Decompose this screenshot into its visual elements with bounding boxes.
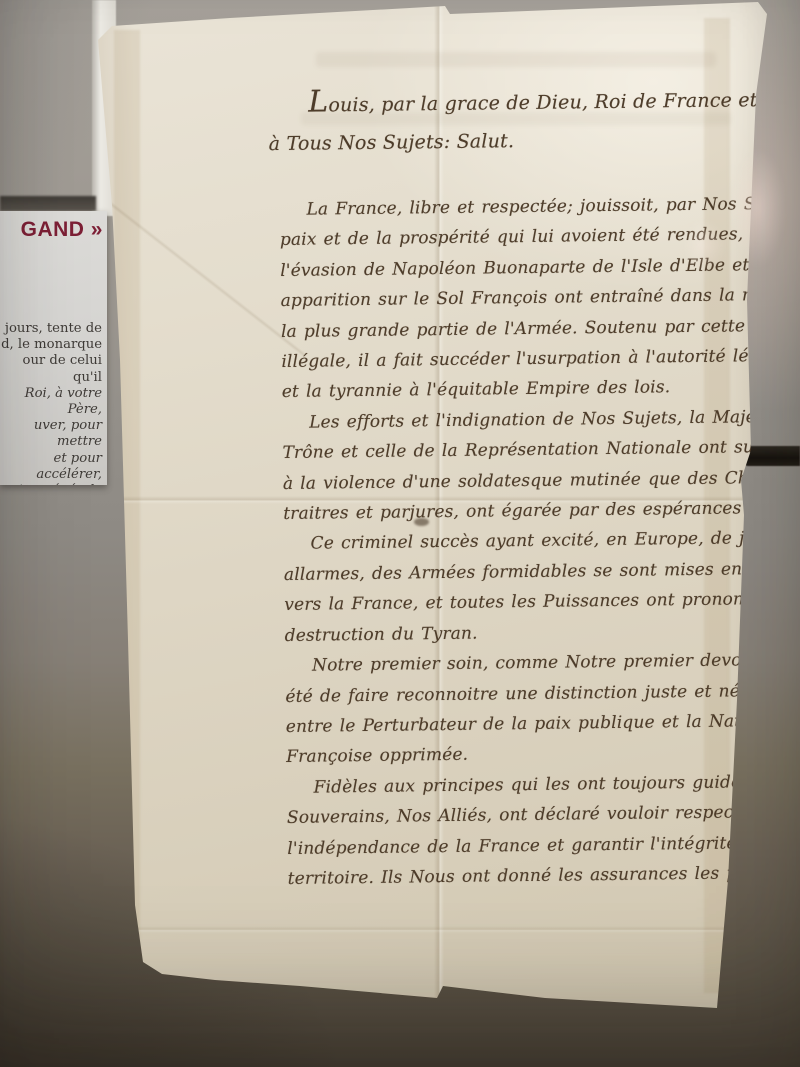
ink-showthrough-band xyxy=(316,52,716,67)
label-text-line: our de celui qu'il xyxy=(0,353,102,385)
fold-crease-horizontal-low xyxy=(86,926,778,933)
label-text-line: jours, tente de xyxy=(0,321,102,337)
manuscript-heading: Louis, par la grace de Dieu, Roi de Fran… xyxy=(278,78,784,163)
glass-reflection xyxy=(722,128,794,288)
manuscript-body: La France, libre et respectée; jouissoit… xyxy=(279,189,793,894)
manuscript-paper: Louis, par la grace de Dieu, Roi de Fran… xyxy=(86,0,778,1022)
manuscript-text: Louis, par la grace de Dieu, Roi de Fran… xyxy=(278,78,793,894)
museum-photo: GAND » jours, tente de d, le monarque ou… xyxy=(0,0,800,1067)
label-text-line: uver, pour mettre xyxy=(0,418,102,450)
label-text-block: jours, tente de d, le monarque our de ce… xyxy=(0,321,107,485)
shelf-bracket xyxy=(744,446,800,466)
manuscript-line: vers la France, et toutes les Puissances… xyxy=(284,584,789,621)
label-top-shadow xyxy=(0,196,96,211)
manuscript-line: Louis, par la grace de Dieu, Roi de Fran… xyxy=(278,78,783,125)
wall-label: GAND » jours, tente de d, le monarque ou… xyxy=(0,211,107,485)
label-text-line: d, le monarque xyxy=(0,337,102,353)
glass-reflection xyxy=(676,210,732,280)
label-text-line: ation générale ! » xyxy=(0,483,102,485)
manuscript-line: à Tous Nos Sujets: Salut. xyxy=(269,119,784,163)
manuscript-line: territoire. Ils Nous ont donné les assur… xyxy=(288,858,793,895)
label-title: GAND » xyxy=(2,218,103,242)
label-text-line: et pour accélérer, xyxy=(0,451,102,483)
label-text-line: Roi, à votre Père, xyxy=(0,386,102,418)
